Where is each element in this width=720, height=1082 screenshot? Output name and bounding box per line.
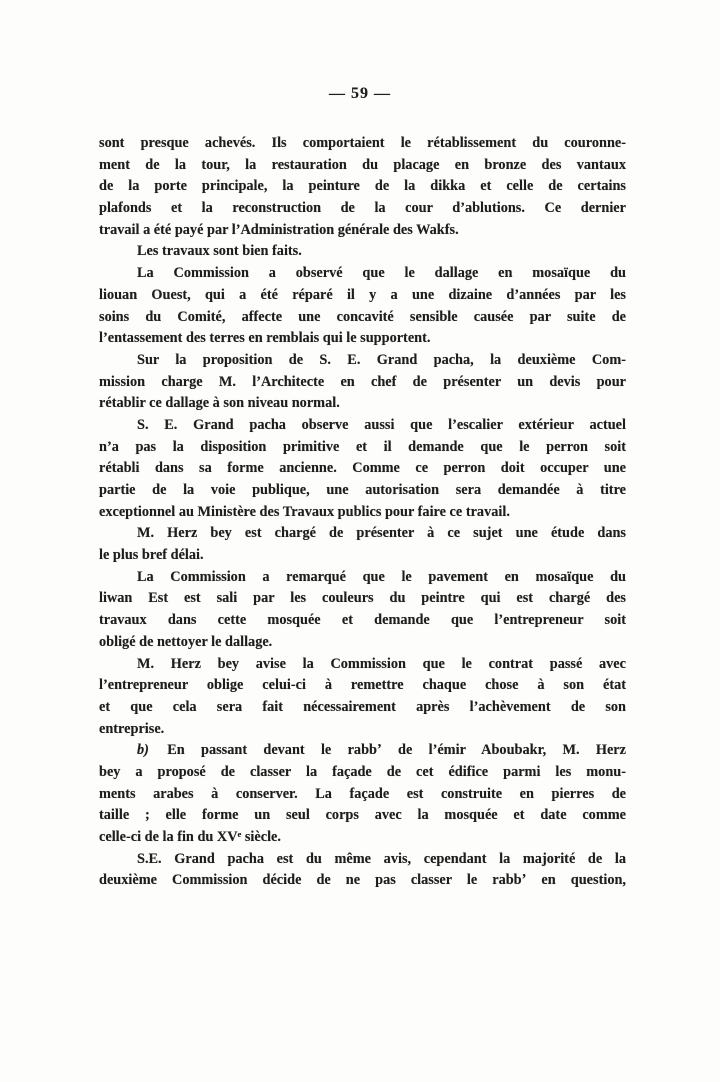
text-line: S.E. Grand pacha est du même avis, cepen…	[99, 849, 626, 871]
text-line: travaux dans cette mosquée et demande qu…	[99, 610, 626, 632]
paragraph: sont presque achevés. Ils comportaient l…	[99, 133, 626, 241]
text-line: exceptionnel au Ministère des Travaux pu…	[99, 502, 626, 524]
text-line: le plus bref délai.	[99, 545, 626, 567]
text-line: rétabli dans sa forme ancienne. Comme ce…	[99, 458, 626, 480]
page-number: — 59 —	[0, 0, 720, 102]
text-line: S. E. Grand pacha observe aussi que l’es…	[99, 415, 626, 437]
text-line: l’entrepreneur oblige celui-ci à remettr…	[99, 675, 626, 697]
text-line: celle-ci de la fin du XVᵉ siècle.	[99, 827, 626, 849]
text-line: rétablir ce dallage à son niveau normal.	[99, 393, 626, 415]
paragraph: Les travaux sont bien faits.	[99, 241, 626, 263]
text-line: liouan Ouest, qui a été réparé il y a un…	[99, 285, 626, 307]
text-line: sont presque achevés. Ils comportaient l…	[99, 133, 626, 155]
text-line: Les travaux sont bien faits.	[99, 241, 626, 263]
text-line: liwan Est est sali par les couleurs du p…	[99, 588, 626, 610]
text-line: de la porte principale, la peinture de l…	[99, 176, 626, 198]
text-line: bey a proposé de classer la façade de ce…	[99, 762, 626, 784]
text-line: ments arabes à conserver. La façade est …	[99, 784, 626, 806]
text-line: travail a été payé par l’Administration …	[99, 220, 626, 242]
text-line: obligé de nettoyer le dallage.	[99, 632, 626, 654]
text-line: plafonds et la reconstruction de la cour…	[99, 198, 626, 220]
text-line: deuxième Commission décide de ne pas cla…	[99, 870, 626, 892]
paragraph: M. Herz bey avise la Commission que le c…	[99, 654, 626, 741]
text-line: b) En passant devant le rabbʼ de l’émir …	[99, 740, 626, 762]
scanned-book-page: — 59 — sont presque achevés. Ils comport…	[0, 0, 720, 1082]
text-line: entreprise.	[99, 719, 626, 741]
text-line: partie de la voie publique, une autorisa…	[99, 480, 626, 502]
paragraph: La Commission a remarqué que le pavement…	[99, 567, 626, 654]
text-line: M. Herz bey avise la Commission que le c…	[99, 654, 626, 676]
text-line: n’a pas la disposition primitive et il d…	[99, 437, 626, 459]
italic-list-marker: b)	[137, 742, 151, 758]
paragraph: S. E. Grand pacha observe aussi que l’es…	[99, 415, 626, 523]
paragraph: b) En passant devant le rabbʼ de l’émir …	[99, 740, 626, 848]
text-line: et que cela sera fait nécessairement apr…	[99, 697, 626, 719]
paragraph: S.E. Grand pacha est du même avis, cepen…	[99, 849, 626, 892]
text-line: l’entassement des terres en remblais qui…	[99, 328, 626, 350]
text-line: Sur la proposition de S. E. Grand pacha,…	[99, 350, 626, 372]
text-line: La Commission a observé que le dallage e…	[99, 263, 626, 285]
text-line: mission charge M. l’Architecte en chef d…	[99, 372, 626, 394]
text-line: soins du Comité, affecte une concavité s…	[99, 307, 626, 329]
paragraph: M. Herz bey est chargé de présenter à ce…	[99, 523, 626, 566]
text-line: ment de la tour, la restauration du plac…	[99, 155, 626, 177]
text-line: La Commission a remarqué que le pavement…	[99, 567, 626, 589]
text-line: M. Herz bey est chargé de présenter à ce…	[99, 523, 626, 545]
paragraph: La Commission a observé que le dallage e…	[99, 263, 626, 350]
text-line: taille ; elle forme un seul corps avec l…	[99, 805, 626, 827]
page-body: sont presque achevés. Ils comportaient l…	[99, 133, 626, 892]
paragraph: Sur la proposition de S. E. Grand pacha,…	[99, 350, 626, 415]
